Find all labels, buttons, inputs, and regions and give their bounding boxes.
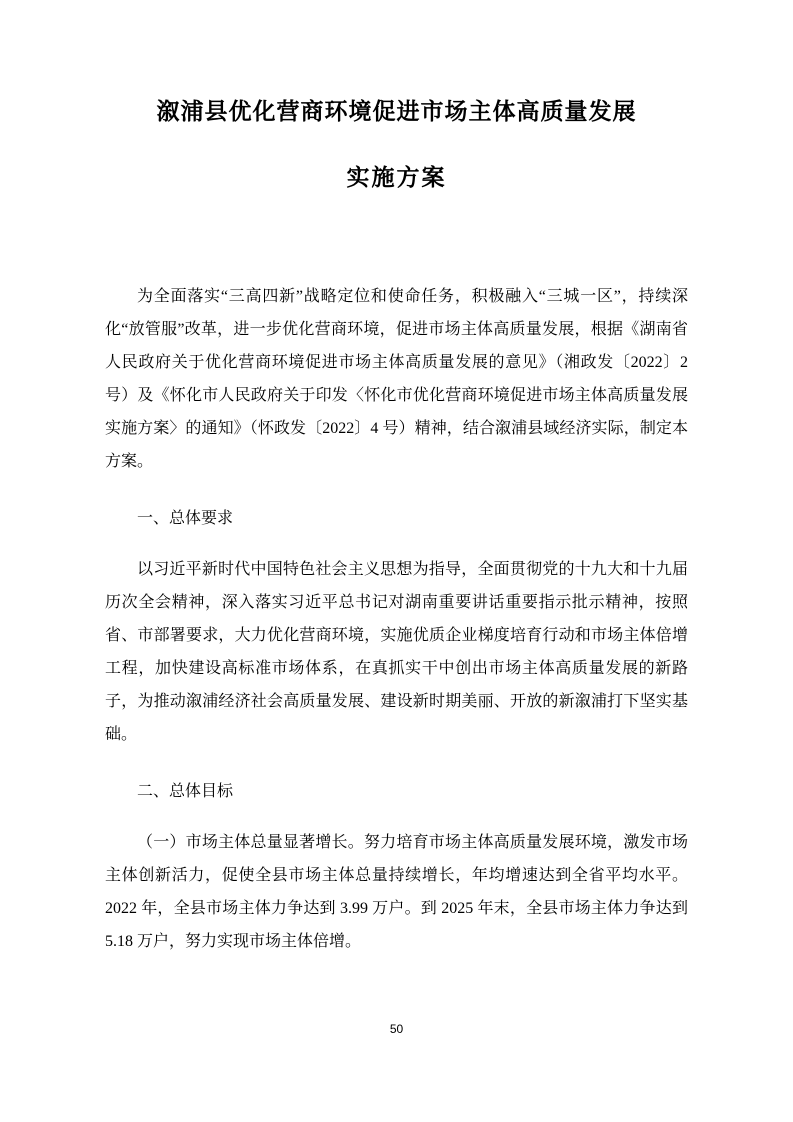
paragraph-general-requirements: 以习近平新时代中国特色社会主义思想为指导，全面贯彻党的十九大和十九届历次全会精神… (105, 553, 688, 751)
document-title-line2: 实施方案 (0, 158, 793, 198)
section-heading-general-requirements: 一、总体要求 (105, 502, 688, 535)
document-body: 为全面落实“三高四新”战略定位和使命任务，积极融入“三城一区”，持续深化“放管服… (105, 280, 688, 958)
section-heading-general-goals: 二、总体目标 (105, 775, 688, 808)
document-title-line1: 溆浦县优化营商环境促进市场主体高质量发展 (0, 92, 793, 132)
paragraph-intro: 为全面落实“三高四新”战略定位和使命任务，积极融入“三城一区”，持续深化“放管服… (105, 280, 688, 478)
page-number: 50 (0, 1022, 793, 1036)
paragraph-general-goals: （一）市场主体总量显著增长。努力培育市场主体高质量发展环境，激发市场主体创新活力… (105, 826, 688, 958)
document-page: 溆浦县优化营商环境促进市场主体高质量发展 实施方案 为全面落实“三高四新”战略定… (0, 0, 793, 1122)
